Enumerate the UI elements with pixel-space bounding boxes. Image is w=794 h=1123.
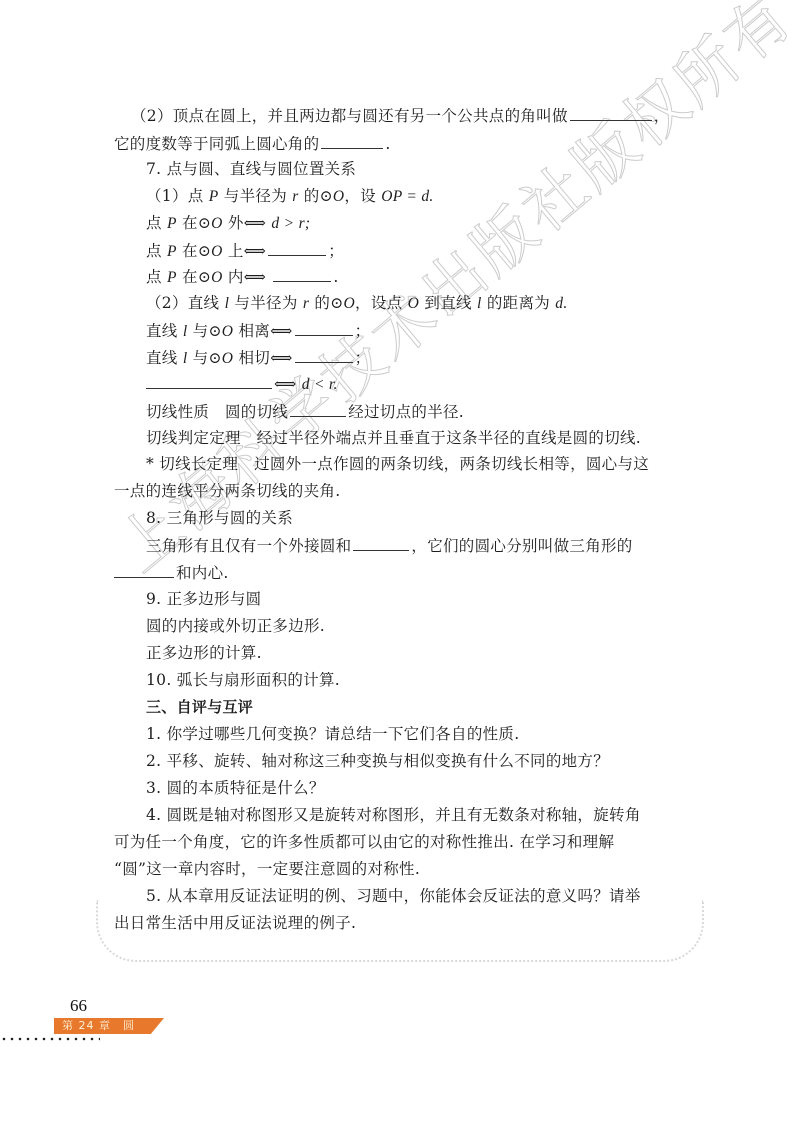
point-circle-intro: （1）点 P 与半径为 r 的⊙O，设 OP = d. [146, 185, 434, 208]
tangent-length-theorem-2: 一点的连线平分两条切线的夹角. [114, 480, 340, 502]
question-2: 2. 平移、旋转、轴对称这三种变换与相似变换有什么不同的地方？ [146, 750, 609, 772]
line-intersect-line: ⟺ d < r. [146, 372, 338, 396]
triangle-circle-line-2: 和内心. [114, 561, 229, 584]
answer-blank[interactable] [295, 346, 353, 363]
answer-blank[interactable] [114, 561, 174, 578]
answer-blank[interactable] [268, 239, 326, 256]
tangent-property-line: 切线性质 圆的切线经过切点的半径. [146, 400, 464, 423]
page-number: 66 [70, 996, 87, 1016]
question-4: 4. 圆既是轴对称图形又是旋转对称图形，并且有无数条对称轴，旋转角 [146, 804, 641, 826]
question-4-cont: 可为任一个角度，它的许多性质都可以由它的对称性推出. 在学习和理解 [114, 831, 614, 853]
dotted-frame-border [96, 900, 704, 962]
chapter-tab: 第 24 章 圆 [54, 1018, 164, 1034]
inscribed-angle-line: （2）顶点在圆上，并且两边都与圆还有另一个公共点的角叫做， [131, 104, 670, 127]
line-separate-line: 直线 l 与⊙O 相离⟺； [146, 319, 370, 343]
section-9-title: 9. 正多边形与圆 [146, 588, 261, 610]
point-inside-line: 点 P 在⊙O 内⟺ . [146, 265, 339, 289]
chapter-label: 第 24 章 圆 [62, 1018, 135, 1034]
answer-blank[interactable] [146, 372, 272, 389]
self-assessment-heading: 三、自评与互评 [146, 696, 253, 718]
triangle-circle-line: 三角形有且仅有一个外接圆和，它们的圆心分别叫做三角形的 [146, 534, 633, 557]
line-circle-intro: （2）直线 l 与半径为 r 的⊙O，设点 O 到直线 l 的距离为 d. [146, 292, 568, 315]
line-tangent-line: 直线 l 与⊙O 相切⟺； [146, 346, 370, 370]
answer-blank[interactable] [273, 265, 331, 282]
section-9-item-2: 正多边形的计算. [146, 642, 262, 664]
textbook-page: 上海科学技术出版社版权所有 （2）顶点在圆上，并且两边都与圆还有另一个公共点的角… [0, 0, 794, 1123]
point-outside-line: 点 P 在⊙O 外⟺ d > r; [146, 212, 310, 235]
answer-blank[interactable] [321, 132, 383, 149]
section-10-title: 10. 弧长与扇形面积的计算. [146, 669, 340, 691]
section-9-item-1: 圆的内接或外切正多边形. [146, 615, 325, 637]
answer-blank[interactable] [353, 534, 409, 551]
answer-blank[interactable] [570, 104, 652, 121]
tangent-criterion-line: 切线判定定理 经过半径外端点并且垂直于这条半径的直线是圆的切线. [146, 427, 641, 449]
question-3: 3. 圆的本质特征是什么？ [146, 777, 325, 799]
tangent-length-theorem: * 切线长定理 过圆外一点作圆的两条切线，两条切线长相等，圆心与这 [146, 453, 649, 475]
dotted-rule [0, 1037, 100, 1041]
answer-blank[interactable] [290, 400, 346, 417]
point-on-line: 点 P 在⊙O 上⟺； [146, 239, 344, 263]
answer-blank[interactable] [295, 319, 353, 336]
question-1: 1. 你学过哪些几何变换？请总结一下它们各自的性质. [146, 723, 519, 745]
question-4-cont-2: “圆”这一章内容时，一定要注意圆的对称性. [114, 858, 420, 880]
section-7-title: 7. 点与圆、直线与圆位置关系 [146, 158, 356, 180]
inscribed-angle-line-2: 它的度数等于同弧上圆心角的. [114, 132, 391, 155]
section-8-title: 8. 三角形与圆的关系 [146, 507, 293, 529]
